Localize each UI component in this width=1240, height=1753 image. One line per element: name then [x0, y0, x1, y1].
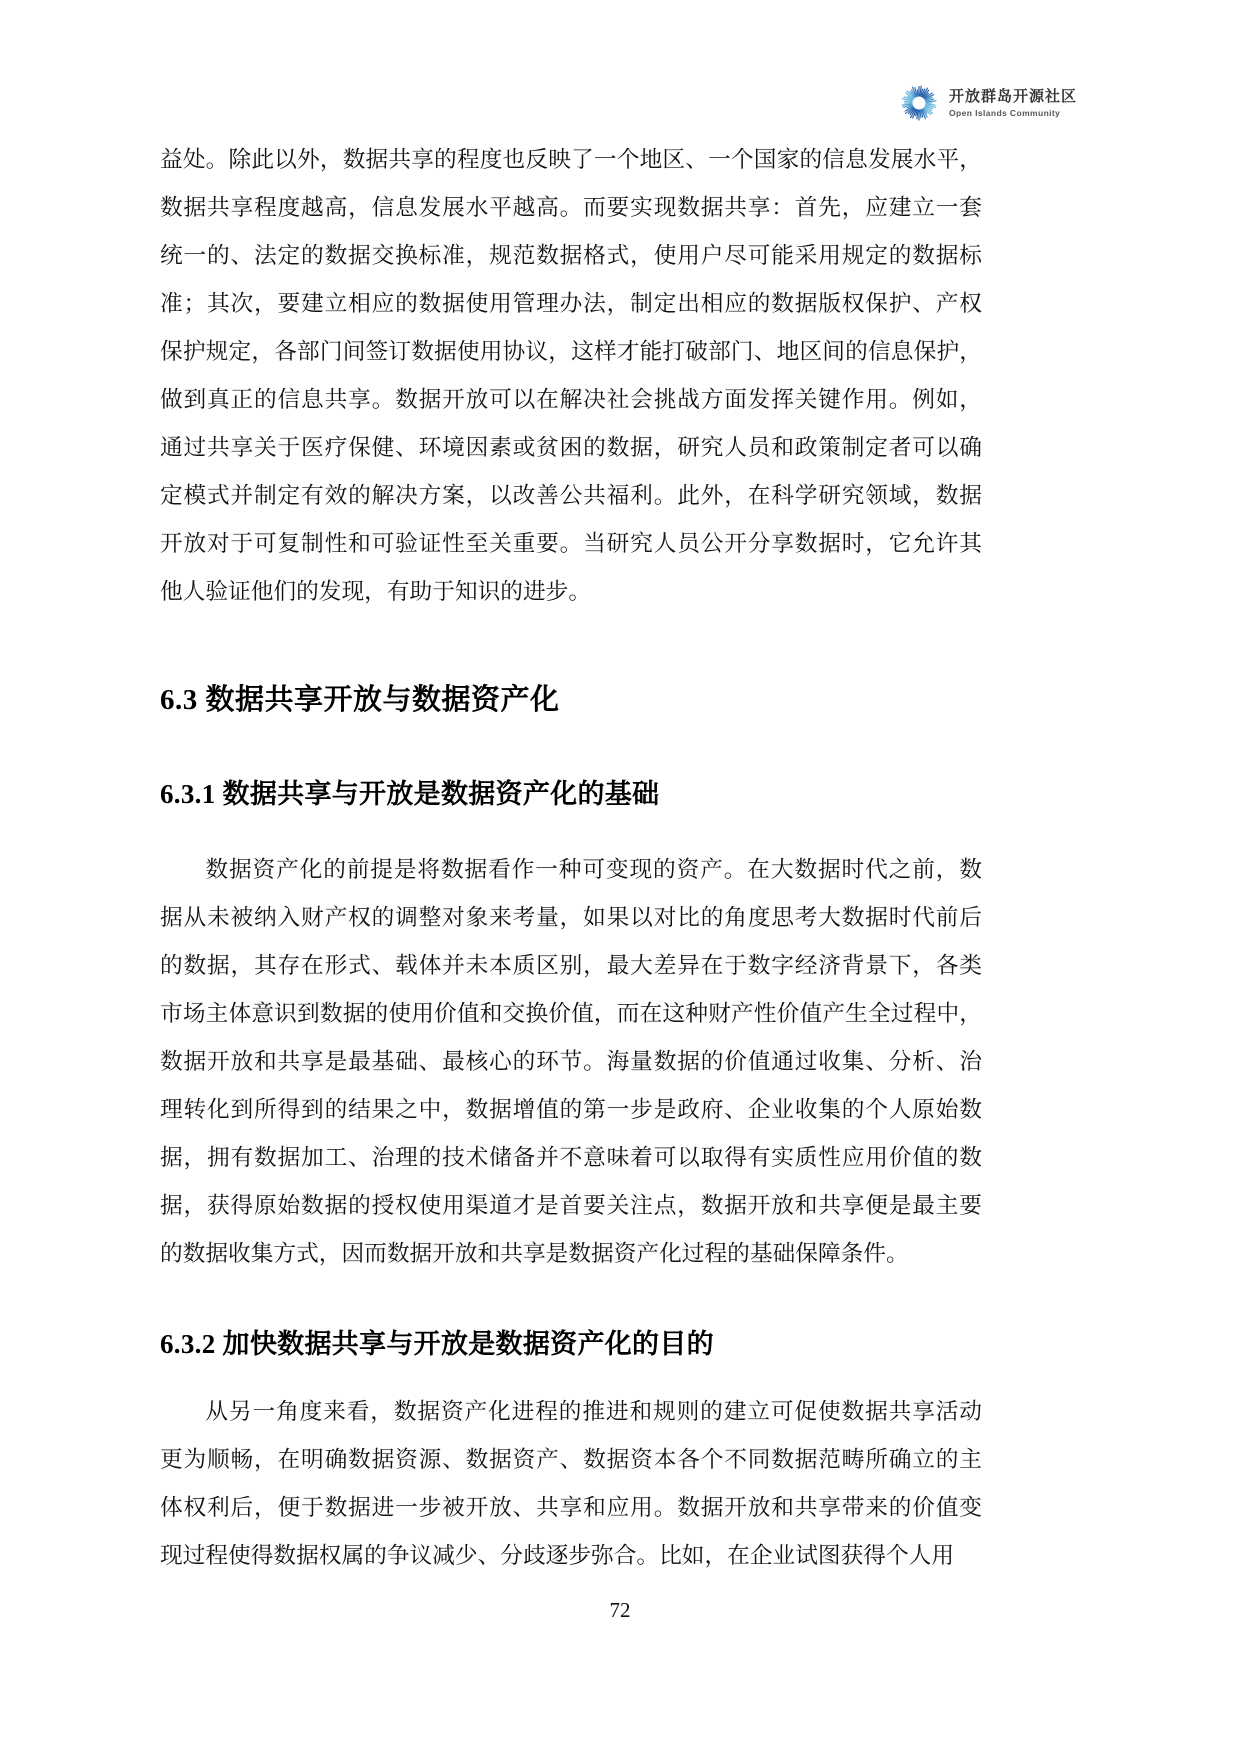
- body-line: 准；其次，要建立相应的数据使用管理办法，制定出相应的数据版权保护、产权: [160, 280, 982, 328]
- body-line: 据，获得原始数据的授权使用渠道才是首要关注点，数据开放和共享便是最主要: [160, 1182, 982, 1230]
- heading-6-3: 6.3 数据共享开放与数据资产化: [160, 678, 982, 722]
- heading-6-3-1: 6.3.1 数据共享与开放是数据资产化的基础: [160, 774, 982, 814]
- heading-6-3-2: 6.3.2 加快数据共享与开放是数据资产化的目的: [160, 1324, 982, 1364]
- body-line: 数据共享程度越高，信息发展水平越高。而要实现数据共享：首先，应建立一套: [160, 184, 982, 232]
- body-line: 保护规定，各部门间签订数据使用协议，这样才能打破部门、地区间的信息保护，: [160, 328, 982, 376]
- body-line: 做到真正的信息共享。数据开放可以在解决社会挑战方面发挥关键作用。例如，: [160, 376, 982, 424]
- body-line: 据从未被纳入财产权的调整对象来考量，如果以对比的角度思考大数据时代前后: [160, 894, 982, 942]
- body-line: 开放对于可复制性和可验证性至关重要。当研究人员公开分享数据时，它允许其: [160, 520, 982, 568]
- body-line: 理转化到所得到的结果之中，数据增值的第一步是政府、企业收集的个人原始数: [160, 1086, 982, 1134]
- body-line: 据，拥有数据加工、治理的技术储备并不意味着可以取得有实质性应用价值的数: [160, 1134, 982, 1182]
- body-line: 现过程使得数据权属的争议减少、分歧逐步弥合。比如，在企业试图获得个人用: [160, 1532, 982, 1580]
- body-line: 定模式并制定有效的解决方案，以改善公共福利。此外，在科学研究领域，数据: [160, 472, 982, 520]
- body-line: 从另一角度来看，数据资产化进程的推进和规则的建立可促使数据共享活动: [160, 1388, 982, 1436]
- body-line: 数据资产化的前提是将数据看作一种可变现的资产。在大数据时代之前，数: [160, 846, 982, 894]
- body-line: 他人验证他们的发现，有助于知识的进步。: [160, 568, 982, 616]
- body-line: 通过共享关于医疗保健、环境因素或贫困的数据，研究人员和政策制定者可以确: [160, 424, 982, 472]
- paragraph-6-3-2: 从另一角度来看，数据资产化进程的推进和规则的建立可促使数据共享活动更为顺畅，在明…: [160, 1388, 982, 1580]
- body-line: 益处。除此以外，数据共享的程度也反映了一个地区、一个国家的信息发展水平，: [160, 136, 982, 184]
- body-line: 的数据，其存在形式、载体并未本质区别，最大差异在于数字经济背景下，各类: [160, 942, 982, 990]
- body-line: 市场主体意识到数据的使用价值和交换价值，而在这种财产性价值产生全过程中，: [160, 990, 982, 1038]
- paragraph-continuation: 益处。除此以外，数据共享的程度也反映了一个地区、一个国家的信息发展水平，数据共享…: [160, 136, 982, 616]
- document-page: 开放群岛开源社区 Open Islands Community 益处。除此以外，…: [0, 0, 1240, 1753]
- body-line: 更为顺畅，在明确数据资源、数据资产、数据资本各个不同数据范畴所确立的主: [160, 1436, 982, 1484]
- body-line: 统一的、法定的数据交换标准，规范数据格式，使用户尽可能采用规定的数据标: [160, 232, 982, 280]
- body-line: 体权利后，便于数据进一步被开放、共享和应用。数据开放和共享带来的价值变: [160, 1484, 982, 1532]
- body-line: 的数据收集方式，因而数据开放和共享是数据资产化过程的基础保障条件。: [160, 1230, 982, 1278]
- paragraph-6-3-1: 数据资产化的前提是将数据看作一种可变现的资产。在大数据时代之前，数据从未被纳入财…: [160, 846, 982, 1278]
- body-line: 数据开放和共享是最基础、最核心的环节。海量数据的价值通过收集、分析、治: [160, 1038, 982, 1086]
- page-number: 72: [0, 1598, 1240, 1623]
- content-column: 益处。除此以外，数据共享的程度也反映了一个地区、一个国家的信息发展水平，数据共享…: [160, 0, 982, 1580]
